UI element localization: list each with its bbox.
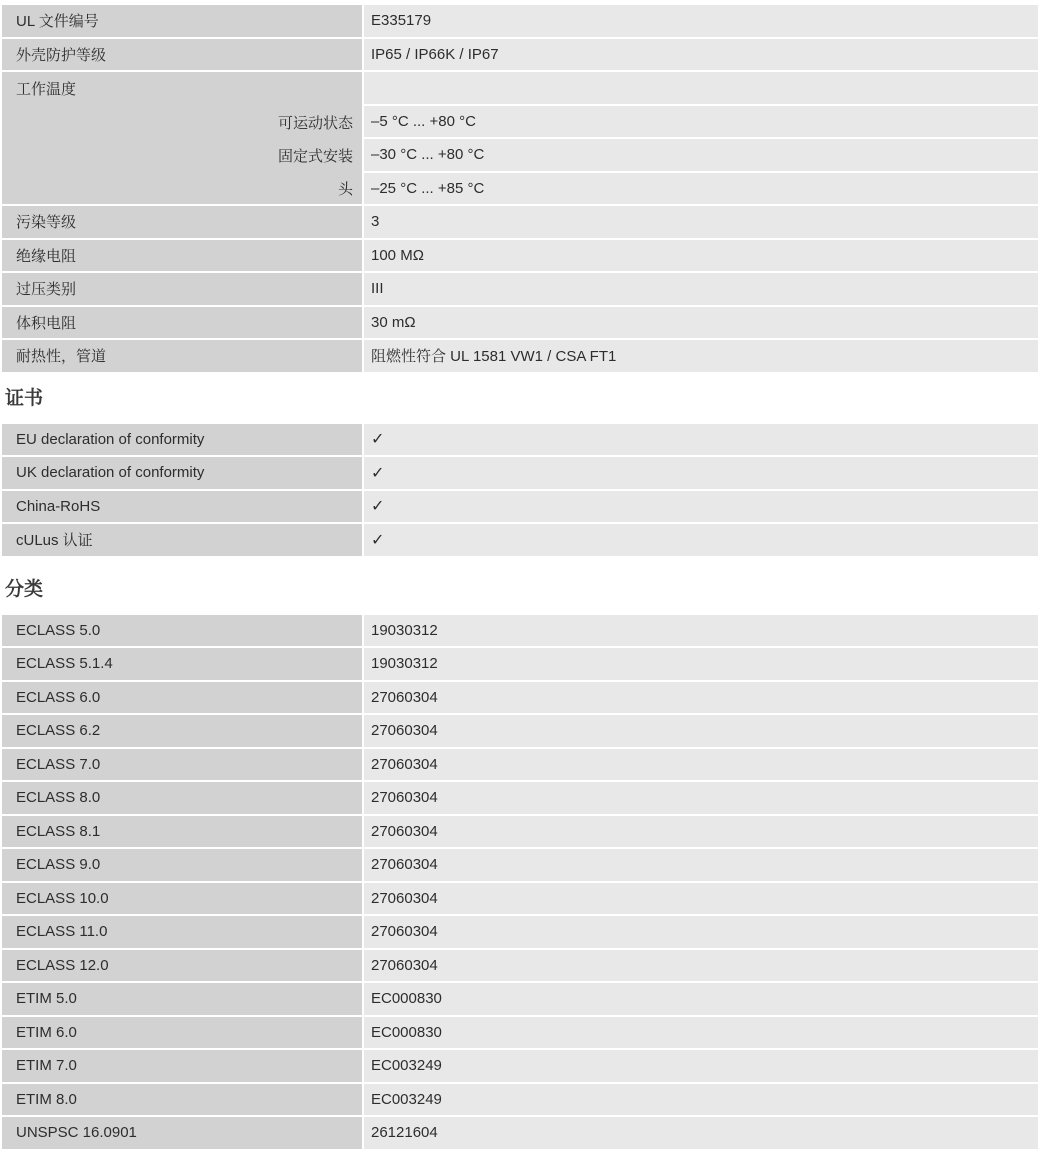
classification-row-label: ECLASS 9.0: [2, 849, 362, 881]
spec-row-label: 绝缘电阻: [2, 240, 362, 272]
classification-row-label: ECLASS 8.0: [2, 782, 362, 814]
temperature-subrow-value: –25 °C ... +85 °C: [364, 173, 1038, 205]
classification-row-value: EC003249: [364, 1050, 1038, 1082]
checkmark-icon: ✓: [364, 524, 1038, 556]
certificate-row-label: China-RoHS: [2, 491, 362, 523]
classification-row-value: 27060304: [364, 682, 1038, 714]
spec-row-label: UL 文件编号: [2, 5, 362, 37]
spec-row-value: E335179: [364, 5, 1038, 37]
classification-row-label: UNSPSC 16.0901: [2, 1117, 362, 1149]
classification-row-value: 27060304: [364, 782, 1038, 814]
spec-row-value: 30 mΩ: [364, 307, 1038, 339]
temperature-subrow-value: –30 °C ... +80 °C: [364, 139, 1038, 171]
classification-row-label: ECLASS 7.0: [2, 749, 362, 781]
spec-row-value: 3: [364, 206, 1038, 238]
temperature-subrow-label: 可运动状态: [2, 106, 362, 140]
checkmark-icon: ✓: [364, 491, 1038, 523]
classification-row-label: ECLASS 5.1.4: [2, 648, 362, 680]
classification-row-value: EC000830: [364, 1017, 1038, 1049]
certificate-row-label: cULus 认证: [2, 524, 362, 556]
datasheet-page: UL 文件编号 E335179 外壳防护等级 IP65 / IP66K / IP…: [0, 0, 1045, 1151]
checkmark-icon: ✓: [364, 457, 1038, 489]
classification-row-value: 27060304: [364, 916, 1038, 948]
classification-row-label: ECLASS 8.1: [2, 816, 362, 848]
classification-row-label: ECLASS 6.2: [2, 715, 362, 747]
classification-row-value: 19030312: [364, 648, 1038, 680]
certificate-row-label: EU declaration of conformity: [2, 424, 362, 456]
classification-row-value: 27060304: [364, 950, 1038, 982]
classification-row-label: ECLASS 6.0: [2, 682, 362, 714]
checkmark-icon: ✓: [364, 424, 1038, 456]
temperature-group-label-cell: 工作温度 可运动状态 固定式安装 头: [2, 72, 362, 204]
temperature-subrow-value: –5 °C ... +80 °C: [364, 106, 1038, 138]
spec-row-label: 过压类别: [2, 273, 362, 305]
spec-table: UL 文件编号 E335179 外壳防护等级 IP65 / IP66K / IP…: [2, 5, 1038, 372]
spec-row-label: 污染等级: [2, 206, 362, 238]
spec-row-value: 阻燃性符合 UL 1581 VW1 / CSA FT1: [364, 340, 1038, 372]
classification-row-value: 19030312: [364, 615, 1038, 647]
spec-row-value: III: [364, 273, 1038, 305]
spec-row-label: 耐热性，管道: [2, 340, 362, 372]
spec-row-label: 体积电阻: [2, 307, 362, 339]
temperature-header-empty-cell: [364, 72, 1038, 104]
classification-row-label: ETIM 6.0: [2, 1017, 362, 1049]
classification-row-label: ECLASS 12.0: [2, 950, 362, 982]
classification-row-value: EC000830: [364, 983, 1038, 1015]
certificates-table: EU declaration of conformity ✓ UK declar…: [2, 424, 1038, 556]
classification-row-label: ETIM 8.0: [2, 1084, 362, 1116]
classification-row-label: ETIM 7.0: [2, 1050, 362, 1082]
classification-heading: 分类: [0, 577, 1045, 603]
temperature-subrow-label: 固定式安装: [2, 139, 362, 173]
classification-row-value: 27060304: [364, 749, 1038, 781]
classification-row-label: ECLASS 11.0: [2, 916, 362, 948]
temperature-subrow-label: 头: [2, 173, 362, 205]
classification-row-value: 27060304: [364, 849, 1038, 881]
spec-row-value: IP65 / IP66K / IP67: [364, 39, 1038, 71]
spec-row-value: 100 MΩ: [364, 240, 1038, 272]
classification-row-label: ECLASS 10.0: [2, 883, 362, 915]
certificate-row-label: UK declaration of conformity: [2, 457, 362, 489]
classification-row-label: ECLASS 5.0: [2, 615, 362, 647]
classification-row-label: ETIM 5.0: [2, 983, 362, 1015]
certificates-heading: 证书: [0, 386, 1045, 412]
classification-row-value: 27060304: [364, 883, 1038, 915]
classification-row-value: 27060304: [364, 715, 1038, 747]
temperature-group-title: 工作温度: [2, 72, 362, 106]
spec-row-label: 外壳防护等级: [2, 39, 362, 71]
classification-row-value: 27060304: [364, 816, 1038, 848]
classification-row-value: 26121604: [364, 1117, 1038, 1149]
classification-row-value: EC003249: [364, 1084, 1038, 1116]
classification-table: ECLASS 5.0 19030312 ECLASS 5.1.4 1903031…: [2, 615, 1038, 1149]
